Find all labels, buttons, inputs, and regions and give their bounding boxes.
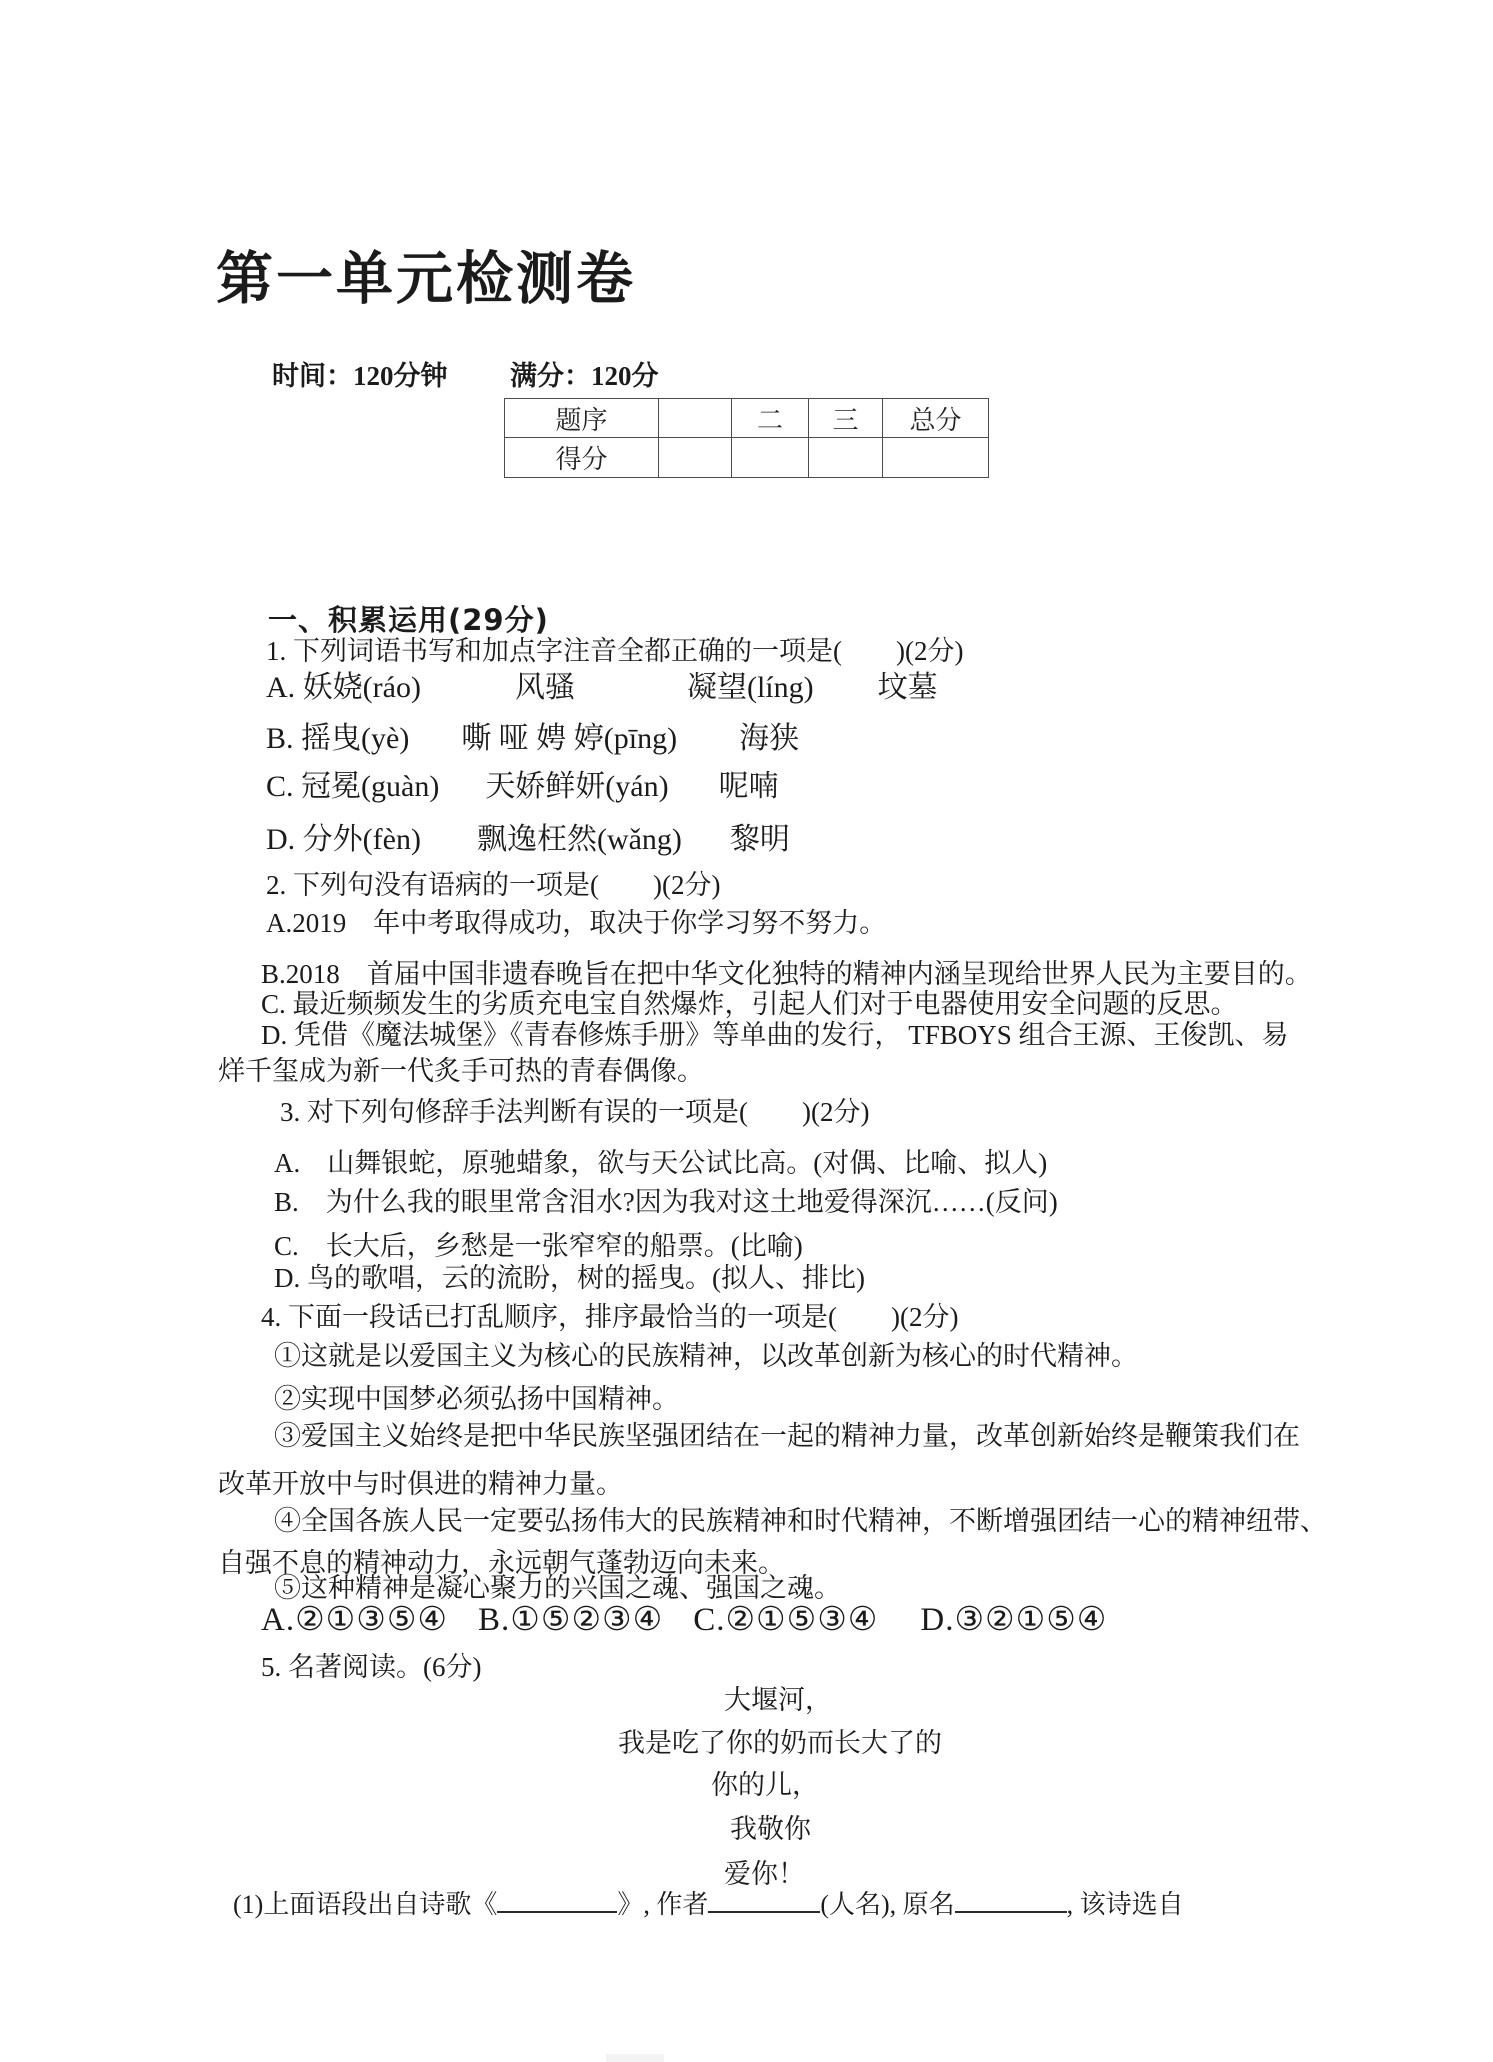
poem-line-5: 爱你！ <box>724 1859 805 1890</box>
score-table-header-cell <box>659 399 732 438</box>
q3-option-a: A. 山舞银蛇，原驰蜡象，欲与天公试比高。(对偶、比喻、拟人) <box>274 1148 1047 1179</box>
q1-stem: 1. 下列词语书写和加点字注音全都正确的一项是( )(2分) <box>266 636 963 667</box>
q3-stem: 3. 对下列句修辞手法判断有误的一项是( )(2分) <box>280 1097 869 1128</box>
fill-blank-original-name <box>955 1889 1067 1913</box>
page-footer-mark <box>606 2054 664 2062</box>
q2-stem: 2. 下列句没有语病的一项是( )(2分) <box>266 870 720 901</box>
q2-option-d-line2: 烊千玺成为新一代炙手可热的青春偶像。 <box>218 1056 704 1087</box>
poem-line-3: 你的儿， <box>711 1770 819 1801</box>
fill-blank-author <box>708 1889 820 1913</box>
q3-option-c: C. 长大后，乡愁是一张窄窄的船票。(比喻) <box>274 1231 803 1262</box>
score-table-score-cell <box>883 438 988 477</box>
q4-choices: A.②①③⑤④B.①⑤②③④C.②①⑤③④D.③②①⑤④ <box>261 1602 1107 1640</box>
q1-option-d: D. 分外(fèn)飘逸枉然(wǎng)黎明 <box>266 823 790 858</box>
q4-stem: 4. 下面一段话已打乱顺序，排序最恰当的一项是( )(2分) <box>261 1302 958 1333</box>
score-table-score-cell <box>809 438 883 477</box>
score-table-header-cell: 题序 <box>505 399 659 438</box>
exam-paper-page: 第一单元检测卷 时间：120分钟 满分：120分 题序 二 三 总分 得分 一、… <box>0 0 1493 2062</box>
poem-line-1: 大堰河， <box>724 1685 832 1716</box>
q5-stem: 5. 名著阅读。(6分) <box>261 1652 481 1683</box>
exam-time: 时间：120分钟 <box>272 354 448 393</box>
q1-option-c: C. 冠冕(guàn)天娇鲜妍(yán)呢喃 <box>266 770 779 805</box>
section1-heading: 一、积累运用(29分) <box>268 598 549 639</box>
score-table-score-cell <box>659 438 732 477</box>
q4-sentence-3-line1: ③爱国主义始终是把中华民族坚强团结在一起的精神力量，改革创新始终是鞭策我们在 <box>274 1421 1300 1452</box>
q2-option-c: C. 最近频频发生的劣质充电宝自然爆炸，引起人们对于电器使用安全问题的反思。 <box>261 989 1238 1020</box>
q4-sentence-3-line2: 改革开放中与时俱进的精神力量。 <box>218 1469 623 1500</box>
q4-sentence-1: ①这就是以爱国主义为核心的民族精神，以改革创新为核心的时代精神。 <box>274 1341 1138 1372</box>
poem-line-2: 我是吃了你的奶而长大了的 <box>618 1728 942 1759</box>
score-table-score-cell <box>732 438 809 477</box>
score-table-header-cell: 二 <box>732 399 809 438</box>
q1-option-a: A. 妖娆(ráo)风骚凝望(líng)坟墓 <box>266 671 938 706</box>
score-table-header-cell: 总分 <box>883 399 988 438</box>
score-table-header-cell: 三 <box>809 399 883 438</box>
q4-sentence-4-line1: ④全国各族人民一定要弘扬伟大的民族精神和时代精神，不断增强团结一心的精神纽带、 <box>274 1506 1327 1537</box>
q2-option-b: B.2018 首届中国非遗春晚旨在把中华文化独特的精神内涵呈现给世界人民为主要目… <box>261 959 1312 990</box>
poem-line-4: 我敬你 <box>730 1814 811 1845</box>
q4-sentence-2: ②实现中国梦必须弘扬中国精神。 <box>274 1384 679 1415</box>
q5-sub1-line: (1)上面语段出自诗歌《》, 作者(人名), 原名, 该诗选自 <box>233 1889 1184 1920</box>
exam-full-score: 满分：120分 <box>510 354 659 393</box>
q2-option-a: A.2019 年中考取得成功，取决于你学习努不努力。 <box>266 908 886 939</box>
q3-option-d: D. 鸟的歌唱，云的流盼，树的摇曳。(拟人、排比) <box>274 1263 865 1294</box>
fill-blank-poem-title <box>497 1889 617 1913</box>
q3-option-b: B. 为什么我的眼里常含泪水?因为我对这土地爱得深沉……(反问) <box>274 1187 1058 1218</box>
q2-option-d-line1: D. 凭借《魔法城堡》《青春修炼手册》等单曲的发行， TFBOYS 组合王源、王… <box>261 1020 1289 1051</box>
q1-option-b: B. 摇曳(yè)嘶 哑 娉 婷(pīng)海狭 <box>266 722 799 757</box>
exam-title: 第一单元检测卷 <box>216 233 636 315</box>
q4-sentence-5: ⑤这种精神是凝心聚力的兴国之魂、强国之魂。 <box>274 1573 841 1604</box>
score-table: 题序 二 三 总分 得分 <box>504 398 989 478</box>
score-table-score-cell: 得分 <box>505 438 659 477</box>
